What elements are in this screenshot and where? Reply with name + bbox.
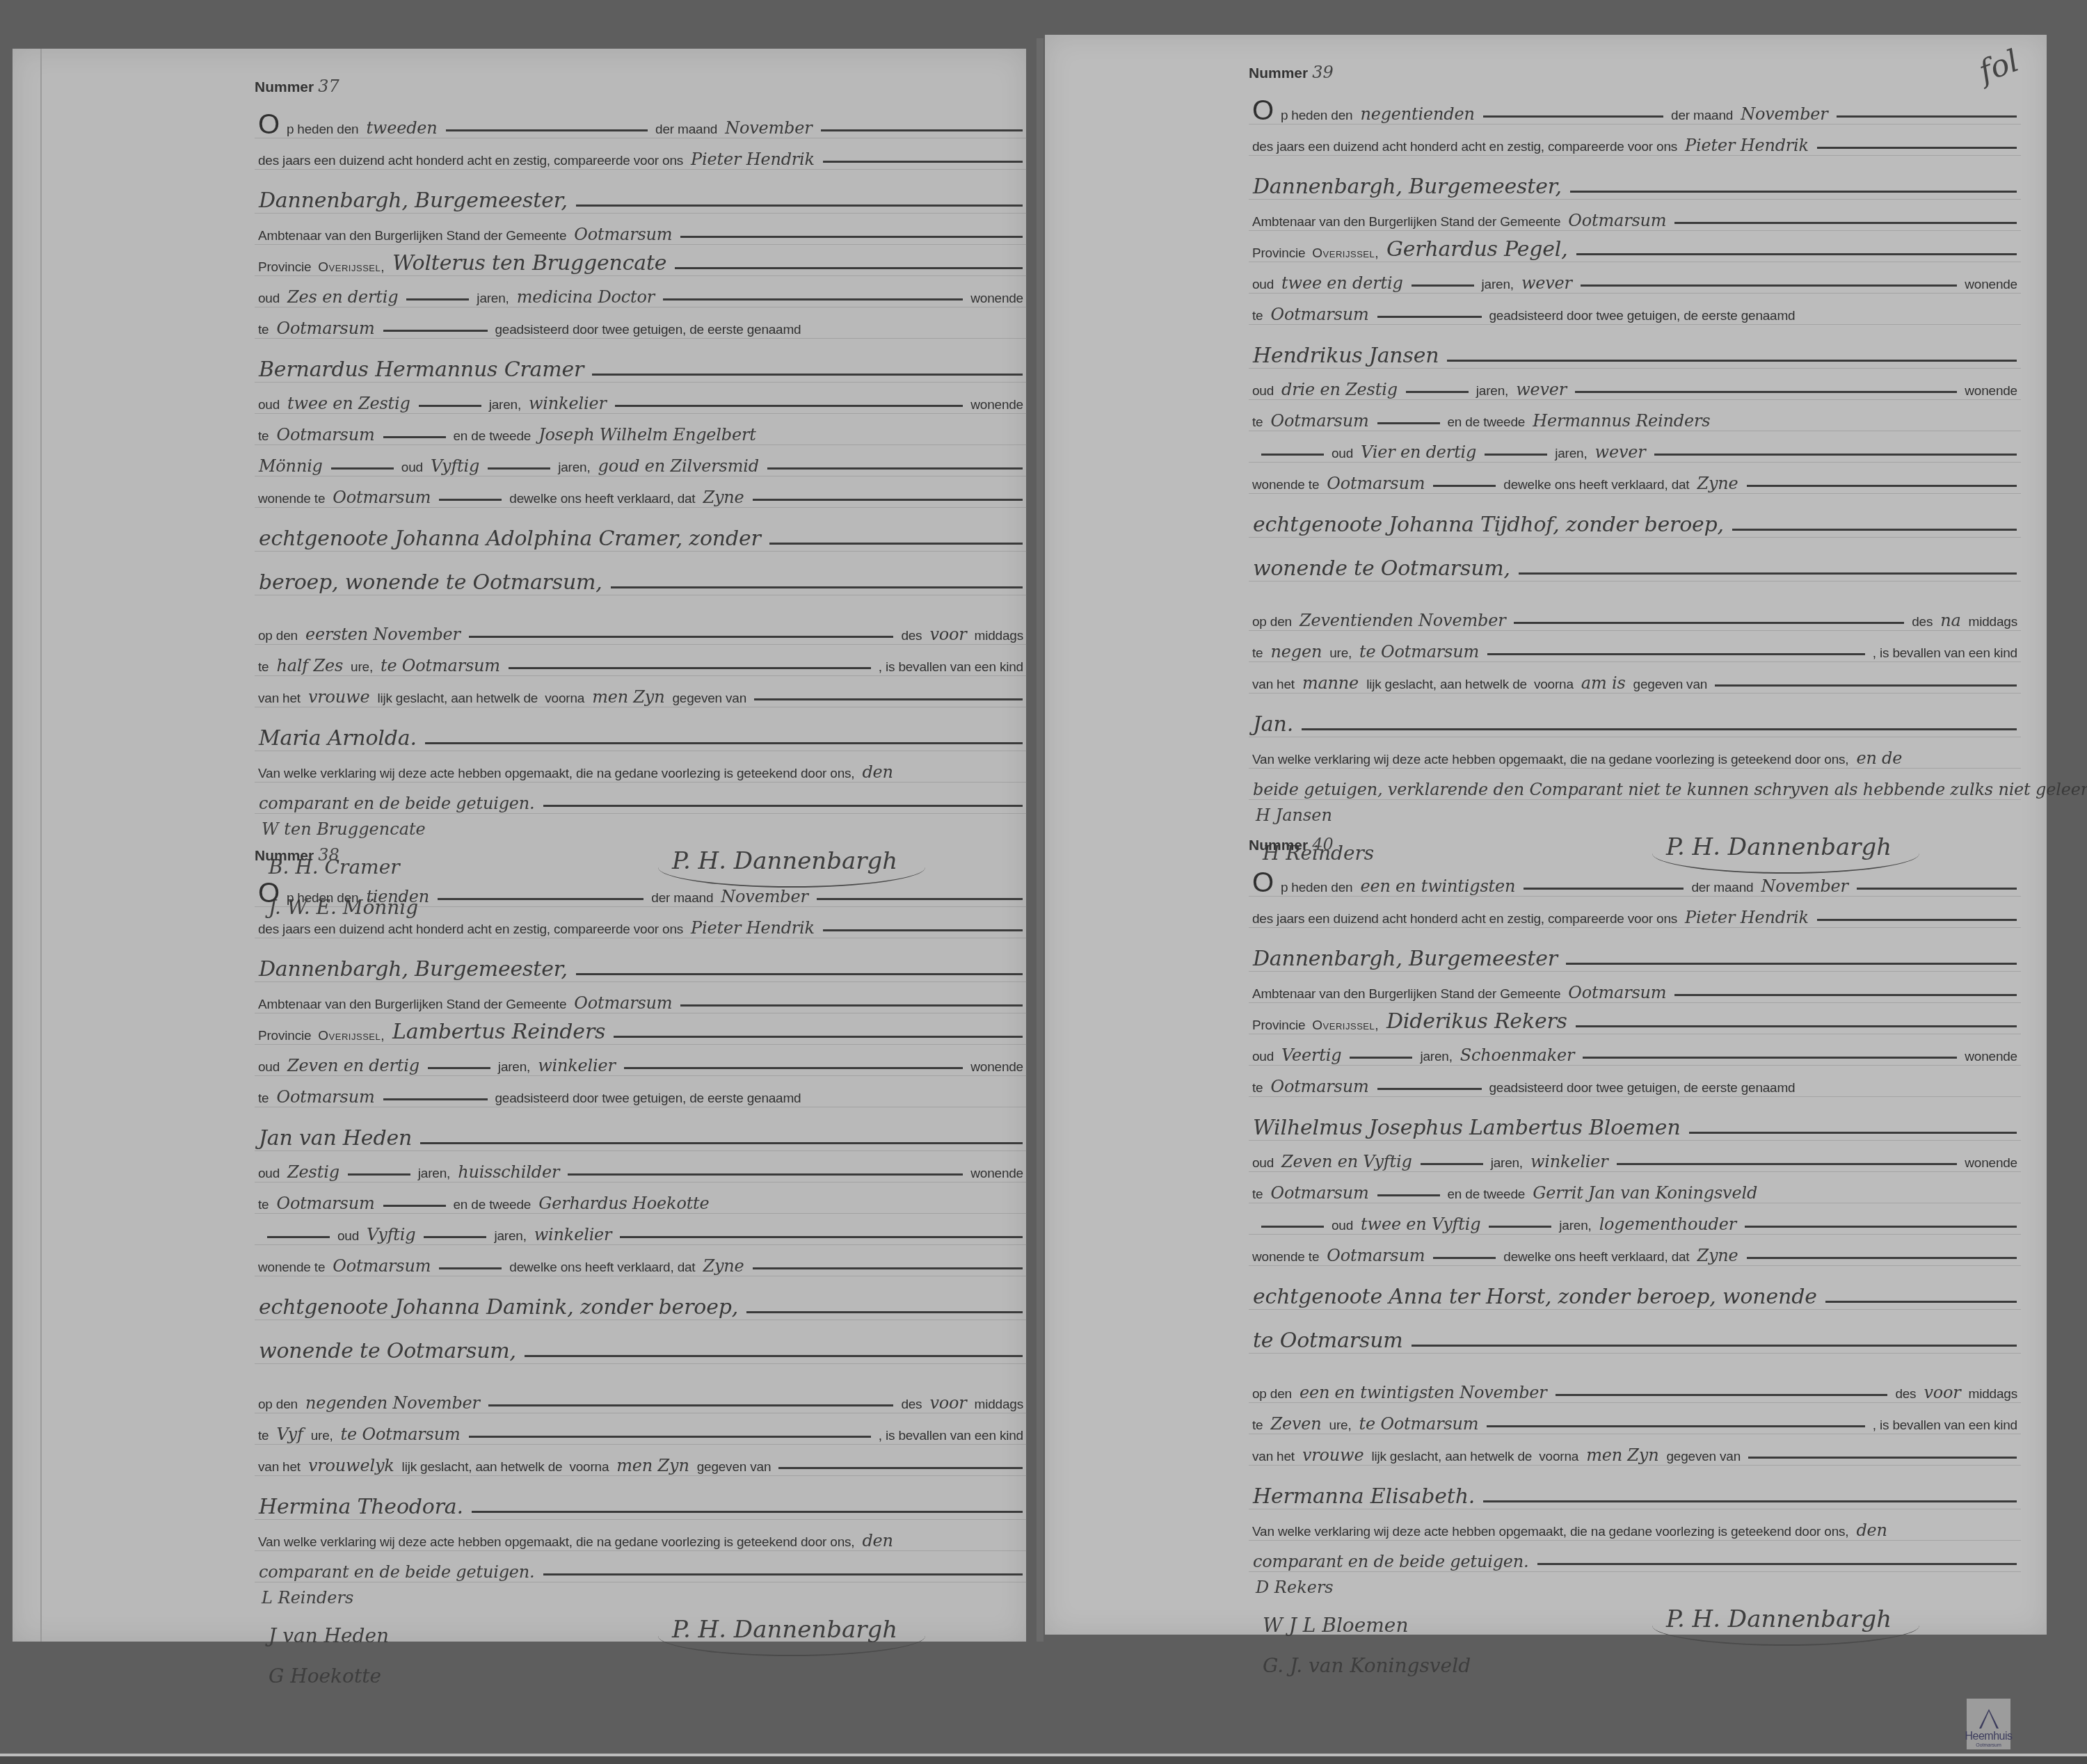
blank-rule [1576, 253, 2017, 255]
handwritten-child-name: Jan. [1249, 712, 1297, 737]
printed-text: oud [1249, 384, 1277, 399]
printed-text: middags [1965, 1387, 2021, 1402]
printed-text: te [1249, 1081, 1266, 1096]
form-line: wonende teOotmarsumdewelke ons heeft ver… [255, 1245, 1027, 1276]
blank-rule [663, 298, 963, 300]
left-page: Nummer37 Op heden dentweedender maandNov… [13, 49, 1026, 1642]
blank-rule [1715, 684, 2017, 687]
form-line: des jaars een duizend acht honderd acht … [255, 907, 1027, 938]
printed-text: voorna [541, 691, 588, 707]
blank-rule [576, 205, 1023, 207]
official-signature: P. H. Dannenbargh [1652, 1605, 1919, 1646]
blank-rule [1745, 1226, 2017, 1228]
blank-rule [1537, 1563, 2017, 1565]
blank-rule [1674, 222, 2017, 224]
handwritten-sex: vrouwe [1298, 1445, 1368, 1465]
printed-text: voorna [566, 1460, 612, 1475]
printed-text: voorna [1530, 677, 1577, 693]
film-edge [0, 1756, 2087, 1764]
handwritten-witness2-name-a: Gerhardus Hoekotte [534, 1194, 713, 1213]
blank-rule [1674, 994, 2017, 996]
printed-text: wonende te [1249, 478, 1322, 493]
printed-text: van het [255, 1460, 304, 1475]
form-line: Dannenbargh, Burgemeester [1249, 928, 2021, 972]
handwritten-number: 37 [318, 77, 339, 96]
handwritten-declarant-occupation: medicina Doctor [513, 287, 659, 307]
blank-rule [1447, 360, 2017, 362]
form-line: teOotmarsumen de tweedeGerhardus Hoekott… [255, 1182, 1027, 1214]
blank-rule [1485, 454, 1547, 456]
blank-rule [472, 1511, 1023, 1513]
blank-rule [1747, 485, 2017, 487]
printed-text: , is bevallen van een kind [875, 660, 1027, 675]
handwritten-closing-handwritten-a: en de [1852, 748, 1906, 768]
form-line: oudZestigjaren,huisschilderwonende [255, 1151, 1027, 1182]
form-line: des jaars een duizend acht honderd acht … [255, 138, 1027, 170]
form-line: teOotmarsumgeadsisteerd door twee getuig… [1249, 1066, 2021, 1097]
form-line: Op heden dentweedender maandNovember [255, 107, 1027, 138]
form-line: des jaars een duizend acht honderd acht … [1249, 125, 2021, 156]
form-line: op deneersten Novemberdesvoormiddags [255, 614, 1027, 645]
form-line: beroep, wonende te Ootmarsum, [255, 552, 1027, 595]
form-line: teOotmarsumgeadsisteerd door twee getuig… [255, 307, 1027, 339]
printed-text: Ambtenaar van den Burgerlijken Stand der… [255, 997, 570, 1013]
blank-rule [1487, 653, 1865, 655]
handwritten-official-name-2: Dannenbargh, Burgemeester [1249, 947, 1562, 971]
blank-rule [419, 405, 481, 407]
form-line: wonende teOotmarsumdewelke ons heeft ver… [1249, 1235, 2021, 1266]
form-line: ProvincieOverijssel,Diderikus Rekers [1249, 1003, 2021, 1034]
printed-text: ure, [1326, 1418, 1355, 1434]
blank-rule [1302, 728, 2017, 730]
printed-text: lijk geslacht, aan hetwelk de [374, 691, 541, 707]
handwritten-witness2-age: Vyftig [362, 1225, 419, 1244]
printed-text: oud [398, 460, 426, 476]
printed-text: oud [334, 1229, 362, 1244]
form-line: Hendrikus Jansen [1249, 325, 2021, 369]
handwritten-closing-handwritten-b: comparant en de beide getuigen. [1249, 1552, 1533, 1571]
printed-text: Ambtenaar van den Burgerlijken Stand der… [1249, 987, 1564, 1002]
printed-text: wonende [967, 1166, 1027, 1182]
blank-rule [611, 586, 1023, 588]
printed-text: wonende [1961, 384, 2021, 399]
printed-text: des [1908, 615, 1936, 630]
form-line: oudVeertigjaren,Schoenmakerwonende [1249, 1034, 2021, 1066]
blank-rule [1514, 622, 1904, 624]
form-line: Van welke verklaring wij deze acte hebbe… [1249, 1509, 2021, 1541]
blank-rule [469, 636, 894, 638]
handwritten-birth-day: Zeventienden November [1295, 611, 1510, 630]
printed-text: der maand [652, 122, 721, 138]
blank-rule [1350, 1057, 1412, 1059]
form-line: oudZeven en Vyftigjaren,winkelierwonende [1249, 1141, 2021, 1172]
printed-text: jaren, [1473, 384, 1512, 399]
handwritten-witness1-age: Zestig [283, 1162, 344, 1182]
printed-text: en de tweede [450, 1198, 535, 1213]
form-line: Dannenbargh, Burgemeester, [255, 170, 1027, 214]
form-line: teOotmarsumgeadsisteerd door twee getuig… [1249, 294, 2021, 325]
form-line: Maria Arnolda. [255, 707, 1027, 751]
certificate-number: Nummer39 [1249, 63, 2021, 93]
form-line: Op heden deneen en twintigstender maandN… [1249, 865, 2021, 897]
handwritten-birth-day: negenden November [301, 1393, 484, 1413]
blank-rule [1377, 316, 1482, 318]
printed-text: op den [255, 1397, 301, 1413]
witness-signature: L Reinders [262, 1588, 353, 1607]
handwritten-birth-day: een en twintigsten November [1295, 1383, 1551, 1402]
blank-rule [425, 742, 1023, 744]
blank-rule [1575, 391, 1957, 393]
printed-text: wonende te [255, 492, 328, 507]
printed-text: Van welke verklaring wij deze acte hebbe… [255, 767, 858, 782]
form-line: oudVyftigjaren,winkelier [255, 1214, 1027, 1245]
handwritten-gemeente: Ootmarsum [1564, 211, 1670, 230]
blank-rule [754, 698, 1023, 700]
form-line: wonende te Ootmarsum, [1249, 538, 2021, 582]
handwritten-gemeente: Ootmarsum [570, 225, 676, 244]
signatures: L ReindersJ van HedenG HoekotteP. H. Dan… [255, 1588, 1027, 1727]
printed-text: Ambtenaar van den Burgerlijken Stand der… [1249, 215, 1564, 230]
printed-text: wonende te [255, 1260, 328, 1276]
printed-text: Overijssel, [314, 1029, 388, 1044]
blank-rule [1421, 1163, 1483, 1165]
handwritten-declarant-age: Zeven en dertig [283, 1056, 424, 1075]
handwritten-witness2-name-a: Gerrit Jan van Koningsveld [1528, 1183, 1761, 1203]
form-line: tehalf Zesure,te Ootmarsum, is bevallen … [255, 645, 1027, 676]
blank-rule [1556, 1394, 1888, 1396]
printed-text: lijk geslacht, aan hetwelk de [1363, 677, 1530, 693]
form-line: oudZeven en dertigjaren,winkelierwonende [255, 1045, 1027, 1076]
printed-text: te [255, 429, 272, 444]
form-line: Jan van Heden [255, 1107, 1027, 1151]
form-line: Ambtenaar van den Burgerlijken Stand der… [1249, 972, 2021, 1003]
form-line: Ambtenaar van den Burgerlijken Stand der… [1249, 200, 2021, 231]
handwritten-ampm: voor [1919, 1383, 1965, 1402]
handwritten-declarant-residence: Ootmarsum [272, 319, 378, 338]
printed-text: gegeven van [694, 1460, 775, 1475]
printed-text: Provincie [255, 260, 314, 275]
handwritten-witness2-age: Vyftig [426, 456, 483, 476]
handwritten-witness2-residence: Ootmarsum [1322, 1246, 1429, 1265]
form-line: ProvincieOverijssel,Lambertus Reinders [255, 1013, 1027, 1045]
printed-text: des jaars een duizend acht honderd acht … [1249, 912, 1681, 927]
printed-text: te [1249, 309, 1266, 324]
blank-rule [383, 1098, 488, 1100]
printed-text: des [897, 629, 925, 644]
form-line: van hetvrouwelijk geslacht, aan hetwelk … [1249, 1434, 2021, 1466]
form-line: teOotmarsumen de tweedeHermannus Reinder… [1249, 400, 2021, 431]
blank-rule [1483, 1500, 2017, 1502]
printed-text: Nummer [255, 848, 314, 864]
form-line: op dennegenden Novemberdesvoormiddags [255, 1382, 1027, 1413]
blank-rule [331, 467, 394, 470]
printed-text: oud [1328, 1219, 1357, 1234]
printed-text: jaren, [1487, 1156, 1526, 1171]
blank-rule [1433, 485, 1496, 487]
handwritten-witness1-occupation: winkelier [1526, 1152, 1613, 1171]
form-line: echtgenoote Johanna Adolphina Cramer, zo… [255, 508, 1027, 552]
printed-text: geadsisteerd door twee getuigen, de eers… [492, 1091, 805, 1107]
printed-text: dewelke ons heeft verklaard, dat [506, 492, 698, 507]
witness-signature: H Jansen [1256, 805, 1332, 825]
handwritten-declarant-occupation: winkelier [534, 1056, 620, 1075]
handwritten-witness2-occupation: winkelier [530, 1225, 616, 1244]
form-line: van hetvrouwelijk geslacht, aan hetwelk … [255, 676, 1027, 707]
handwritten-official-name-2: Dannenbargh, Burgemeester, [1249, 175, 1566, 199]
handwritten-relation: Zyne [1693, 474, 1742, 493]
blank-rule [1483, 115, 1663, 118]
handwritten-witness1-name: Jan van Heden [255, 1126, 416, 1150]
form-line: Van welke verklaring wij deze acte hebbe… [1249, 737, 2021, 769]
printed-text: van het [255, 691, 304, 707]
handwritten-witness1-occupation: winkelier [525, 394, 611, 413]
printed-text: wonende te [1249, 1250, 1322, 1265]
blank-rule [1857, 888, 2017, 890]
printed-text: te [255, 660, 272, 675]
handwritten-official-name-1: Pieter Hendrik [687, 918, 819, 938]
handwritten-spouse-line-1: echtgenoote Johanna Adolphina Cramer, zo… [255, 527, 765, 551]
handwritten-declarant-age: Zes en dertig [283, 287, 402, 307]
blank-rule [383, 330, 488, 332]
handwritten-day: tienden [362, 887, 433, 906]
printed-text: Nummer [1249, 837, 1308, 853]
blank-rule [1261, 1226, 1324, 1228]
printed-text: dewelke ons heeft verklaard, dat [1500, 1250, 1693, 1265]
blank-rule [446, 129, 648, 131]
printed-text: wonende [1961, 1156, 2021, 1171]
form-line: op denZeventienden Novemberdesnamiddags [1249, 600, 2021, 631]
blank-rule [823, 929, 1023, 931]
printed-text: p heden den [1277, 881, 1356, 896]
printed-text: p heden den [283, 122, 362, 138]
form-line: Ambtenaar van den Burgerlijken Stand der… [255, 982, 1027, 1013]
form-line: Op heden dentiendender maandNovember [255, 876, 1027, 907]
printed-text: te [1249, 646, 1266, 661]
handwritten-witness2-occupation: logementhouder [1595, 1214, 1741, 1234]
printed-text: op den [1249, 615, 1295, 630]
witness-signature: D Rekers [1256, 1578, 1334, 1597]
printed-text: oud [255, 1060, 283, 1075]
witness-signature: J van Heden [269, 1624, 389, 1647]
printed-text: van het [1249, 677, 1298, 693]
form-line: ProvincieOverijssel,Gerhardus Pegel, [1249, 231, 2021, 262]
blank-rule [1524, 888, 1684, 890]
printed-text: Van welke verklaring wij deze acte hebbe… [255, 1535, 858, 1550]
printed-text: Nummer [255, 79, 314, 95]
handwritten-official-name-1: Pieter Hendrik [1681, 908, 1813, 927]
blank-rule [1261, 454, 1324, 456]
printed-text: jaren, [554, 460, 593, 476]
witness-signature: G Hoekotte [269, 1665, 381, 1687]
printed-text: p heden den [1277, 109, 1356, 124]
right-page: fol Nummer39 Op heden dennegentiendender… [1045, 35, 2047, 1635]
handwritten-closing-handwritten-a: den [858, 1531, 897, 1550]
printed-text: van het [1249, 1450, 1298, 1465]
blank-rule [1377, 1088, 1482, 1090]
official-signature: P. H. Dannenbargh [658, 1616, 925, 1656]
handwritten-witness1-age: Zeven en Vyftig [1277, 1152, 1416, 1171]
printed-text: te [1249, 1187, 1266, 1203]
printed-text: Nummer [1249, 65, 1308, 81]
handwritten-declarant-residence: Ootmarsum [272, 1087, 378, 1107]
watermark-subtitle: Ootmarsum [1976, 1742, 2001, 1749]
blank-rule [439, 499, 502, 501]
printed-text: middags [971, 629, 1027, 644]
handwritten-ampm: na [1936, 611, 1965, 630]
printed-text: jaren, [1416, 1050, 1455, 1065]
form-line: beide getuigen, verklarende den Comparan… [1249, 769, 2021, 800]
heemhuis-watermark: Heemhuis Ootmarsum [1967, 1699, 2010, 1749]
blank-rule [488, 467, 550, 470]
form-line: Hermina Theodora. [255, 1476, 1027, 1520]
printed-text: jaren, [415, 1166, 454, 1182]
handwritten-child-name: Hermanna Elisabeth. [1249, 1484, 1479, 1509]
printed-text: te [255, 1198, 272, 1213]
handwritten-official-name-1: Pieter Hendrik [1681, 136, 1813, 155]
handwritten-official-name-2: Dannenbargh, Burgemeester, [255, 189, 572, 213]
blank-rule [1817, 147, 2017, 149]
handwritten-declarant: Gerhardus Pegel, [1382, 237, 1572, 262]
handwritten-day: negentienden [1356, 104, 1478, 124]
blank-rule [543, 1573, 1023, 1575]
form-line: echtgenoote Johanna Tijdhof, zonder bero… [1249, 494, 2021, 538]
blank-rule [817, 898, 1023, 900]
blank-rule [1617, 1163, 1958, 1165]
blank-rule [1747, 1257, 2017, 1259]
handwritten-witness2-occupation: goud en Zilversmid [594, 456, 763, 476]
handwritten-month: November [1757, 876, 1852, 896]
blank-rule [438, 898, 643, 900]
printed-text: Provincie [1249, 1018, 1309, 1034]
printed-text: gegeven van [1630, 677, 1711, 693]
handwritten-witness1-name: Bernardus Hermannus Cramer [255, 358, 588, 382]
form-line: Hermanna Elisabeth. [1249, 1466, 2021, 1509]
handwritten-declarant: Wolterus ten Bruggencate [388, 251, 671, 275]
handwritten-witness2-residence: Ootmarsum [1322, 474, 1429, 493]
form-line: van hetvrouwelyklijk geslacht, aan hetwe… [255, 1445, 1027, 1476]
blank-rule [1377, 1194, 1440, 1196]
handwritten-birth-place: te Ootmarsum [1355, 1414, 1483, 1434]
printed-text: ure, [347, 660, 376, 675]
printed-text: der maand [1668, 109, 1736, 124]
form-line: comparant en de beide getuigen. [1249, 1541, 2021, 1572]
blank-rule [1817, 919, 2017, 921]
form-line: teOotmarsumen de tweedeJoseph Wilhelm En… [255, 414, 1027, 445]
printed-text: oud [1328, 447, 1357, 462]
handwritten-spouse-line-2: wonende te Ootmarsum, [255, 1339, 520, 1363]
handwritten-witness1-residence: Ootmarsum [1266, 411, 1373, 431]
handwritten-number: 39 [1312, 63, 1334, 82]
handwritten-child-name: Maria Arnolda. [255, 726, 421, 751]
handwritten-birth-place: te Ootmarsum [1355, 642, 1483, 661]
printed-text: Overijssel, [314, 260, 388, 275]
blank-rule [543, 805, 1023, 807]
printed-text: en de tweede [1444, 1187, 1529, 1203]
form-line: oudVier en dertigjaren,wever [1249, 431, 2021, 463]
handwritten-birth-day: eersten November [301, 625, 465, 644]
handwritten-spouse-line-2: wonende te Ootmarsum, [1249, 556, 1514, 581]
form-line: Van welke verklaring wij deze acte hebbe… [255, 751, 1027, 783]
witness-signature: W J L Bloemen [1263, 1614, 1408, 1637]
form-line: oudtwee en dertigjaren,weverwonende [1249, 262, 2021, 294]
blank-rule [778, 1467, 1023, 1469]
witness-signature: W ten Bruggencate [262, 819, 426, 839]
blank-rule [615, 405, 963, 407]
printed-text: jaren, [473, 291, 512, 307]
printed-text: Overijssel, [1309, 1018, 1382, 1034]
blank-rule [592, 374, 1023, 376]
printed-text: lijk geslacht, aan hetwelk de [399, 1460, 566, 1475]
blank-rule [509, 667, 871, 669]
handwritten-witness2-name-b: Mönnig [255, 456, 327, 476]
form-line: van hetmannelijk geslacht, aan hetwelk d… [1249, 662, 2021, 693]
blank-rule [746, 1311, 1023, 1313]
handwritten-declarant-age: twee en dertig [1277, 273, 1407, 293]
blank-rule [1837, 115, 2017, 118]
blank-rule [1412, 284, 1474, 287]
printed-text: O [255, 880, 283, 906]
printed-text: wonende [967, 1060, 1027, 1075]
printed-text: te [1249, 415, 1266, 431]
handwritten-birth-place: te Ootmarsum [337, 1425, 465, 1444]
handwritten-voorna-suffix: men Zyn [1582, 1445, 1663, 1465]
blank-rule [624, 1067, 963, 1069]
form-line: teOotmarsumgeadsisteerd door twee getuig… [255, 1076, 1027, 1107]
form-line: Dannenbargh, Burgemeester, [255, 938, 1027, 982]
handwritten-spouse-line-1: echtgenoote Johanna Tijdhof, zonder bero… [1249, 513, 1728, 537]
printed-text: des [897, 1397, 925, 1413]
birth-certificate: Nummer38 Op heden dentiendender maandNov… [255, 845, 1027, 1727]
birth-certificate: Nummer39 Op heden dennegentiendender maa… [1249, 63, 2021, 945]
blank-rule [1433, 1257, 1496, 1259]
form-line: ouddrie en Zestigjaren,weverwonende [1249, 369, 2021, 400]
blank-rule [823, 161, 1023, 163]
blank-rule [525, 1355, 1023, 1357]
printed-text: middags [971, 1397, 1027, 1413]
printed-text: jaren, [495, 1060, 534, 1075]
form-line: des jaars een duizend acht honderd acht … [1249, 897, 2021, 928]
birth-certificate: Nummer40 Op heden deneen en twintigstend… [1249, 835, 2021, 1717]
form-line: teVyfure,te Ootmarsum, is bevallen van e… [255, 1413, 1027, 1445]
handwritten-witness2-occupation: wever [1591, 442, 1650, 462]
form-line: wonende teOotmarsumdewelke ons heeft ver… [255, 476, 1027, 508]
blank-rule [753, 1267, 1023, 1269]
form-line: Wilhelmus Josephus Lambertus Bloemen [1249, 1097, 2021, 1141]
printed-text: geadsisteerd door twee getuigen, de eers… [1486, 309, 1799, 324]
printed-text: wonende [1961, 278, 2021, 293]
printed-text: der maand [648, 891, 717, 906]
handwritten-witness1-age: twee en Zestig [283, 394, 415, 413]
certificate-number: Nummer40 [1249, 835, 2021, 865]
handwritten-witness1-age: drie en Zestig [1277, 380, 1402, 399]
handwritten-declarant: Diderikus Rekers [1382, 1009, 1572, 1034]
watermark-name: Heemhuis [1965, 1731, 2012, 1742]
form-line: te Ootmarsum [1249, 1310, 2021, 1354]
signatures: D RekersW J L BloemenG. J. van Koningsve… [1249, 1578, 2021, 1717]
handwritten-declarant-occupation: Schoenmaker [1456, 1045, 1579, 1065]
handwritten-voorna-suffix: am is [1577, 673, 1630, 693]
handwritten-birth-hour: Vyf [272, 1425, 307, 1444]
printed-text: te [255, 1091, 272, 1107]
handwritten-closing-handwritten-b: beide getuigen, verklarende den Comparan… [1249, 780, 2087, 799]
blank-rule [1825, 1301, 2017, 1303]
blank-rule [383, 436, 446, 438]
handwritten-witness2-residence: Ootmarsum [328, 1256, 435, 1276]
form-line: teOotmarsumen de tweedeGerrit Jan van Ko… [1249, 1172, 2021, 1203]
printed-text: gegeven van [1663, 1450, 1744, 1465]
printed-text: oud [1249, 278, 1277, 293]
witness-signature: G. J. van Koningsveld [1263, 1654, 1471, 1677]
